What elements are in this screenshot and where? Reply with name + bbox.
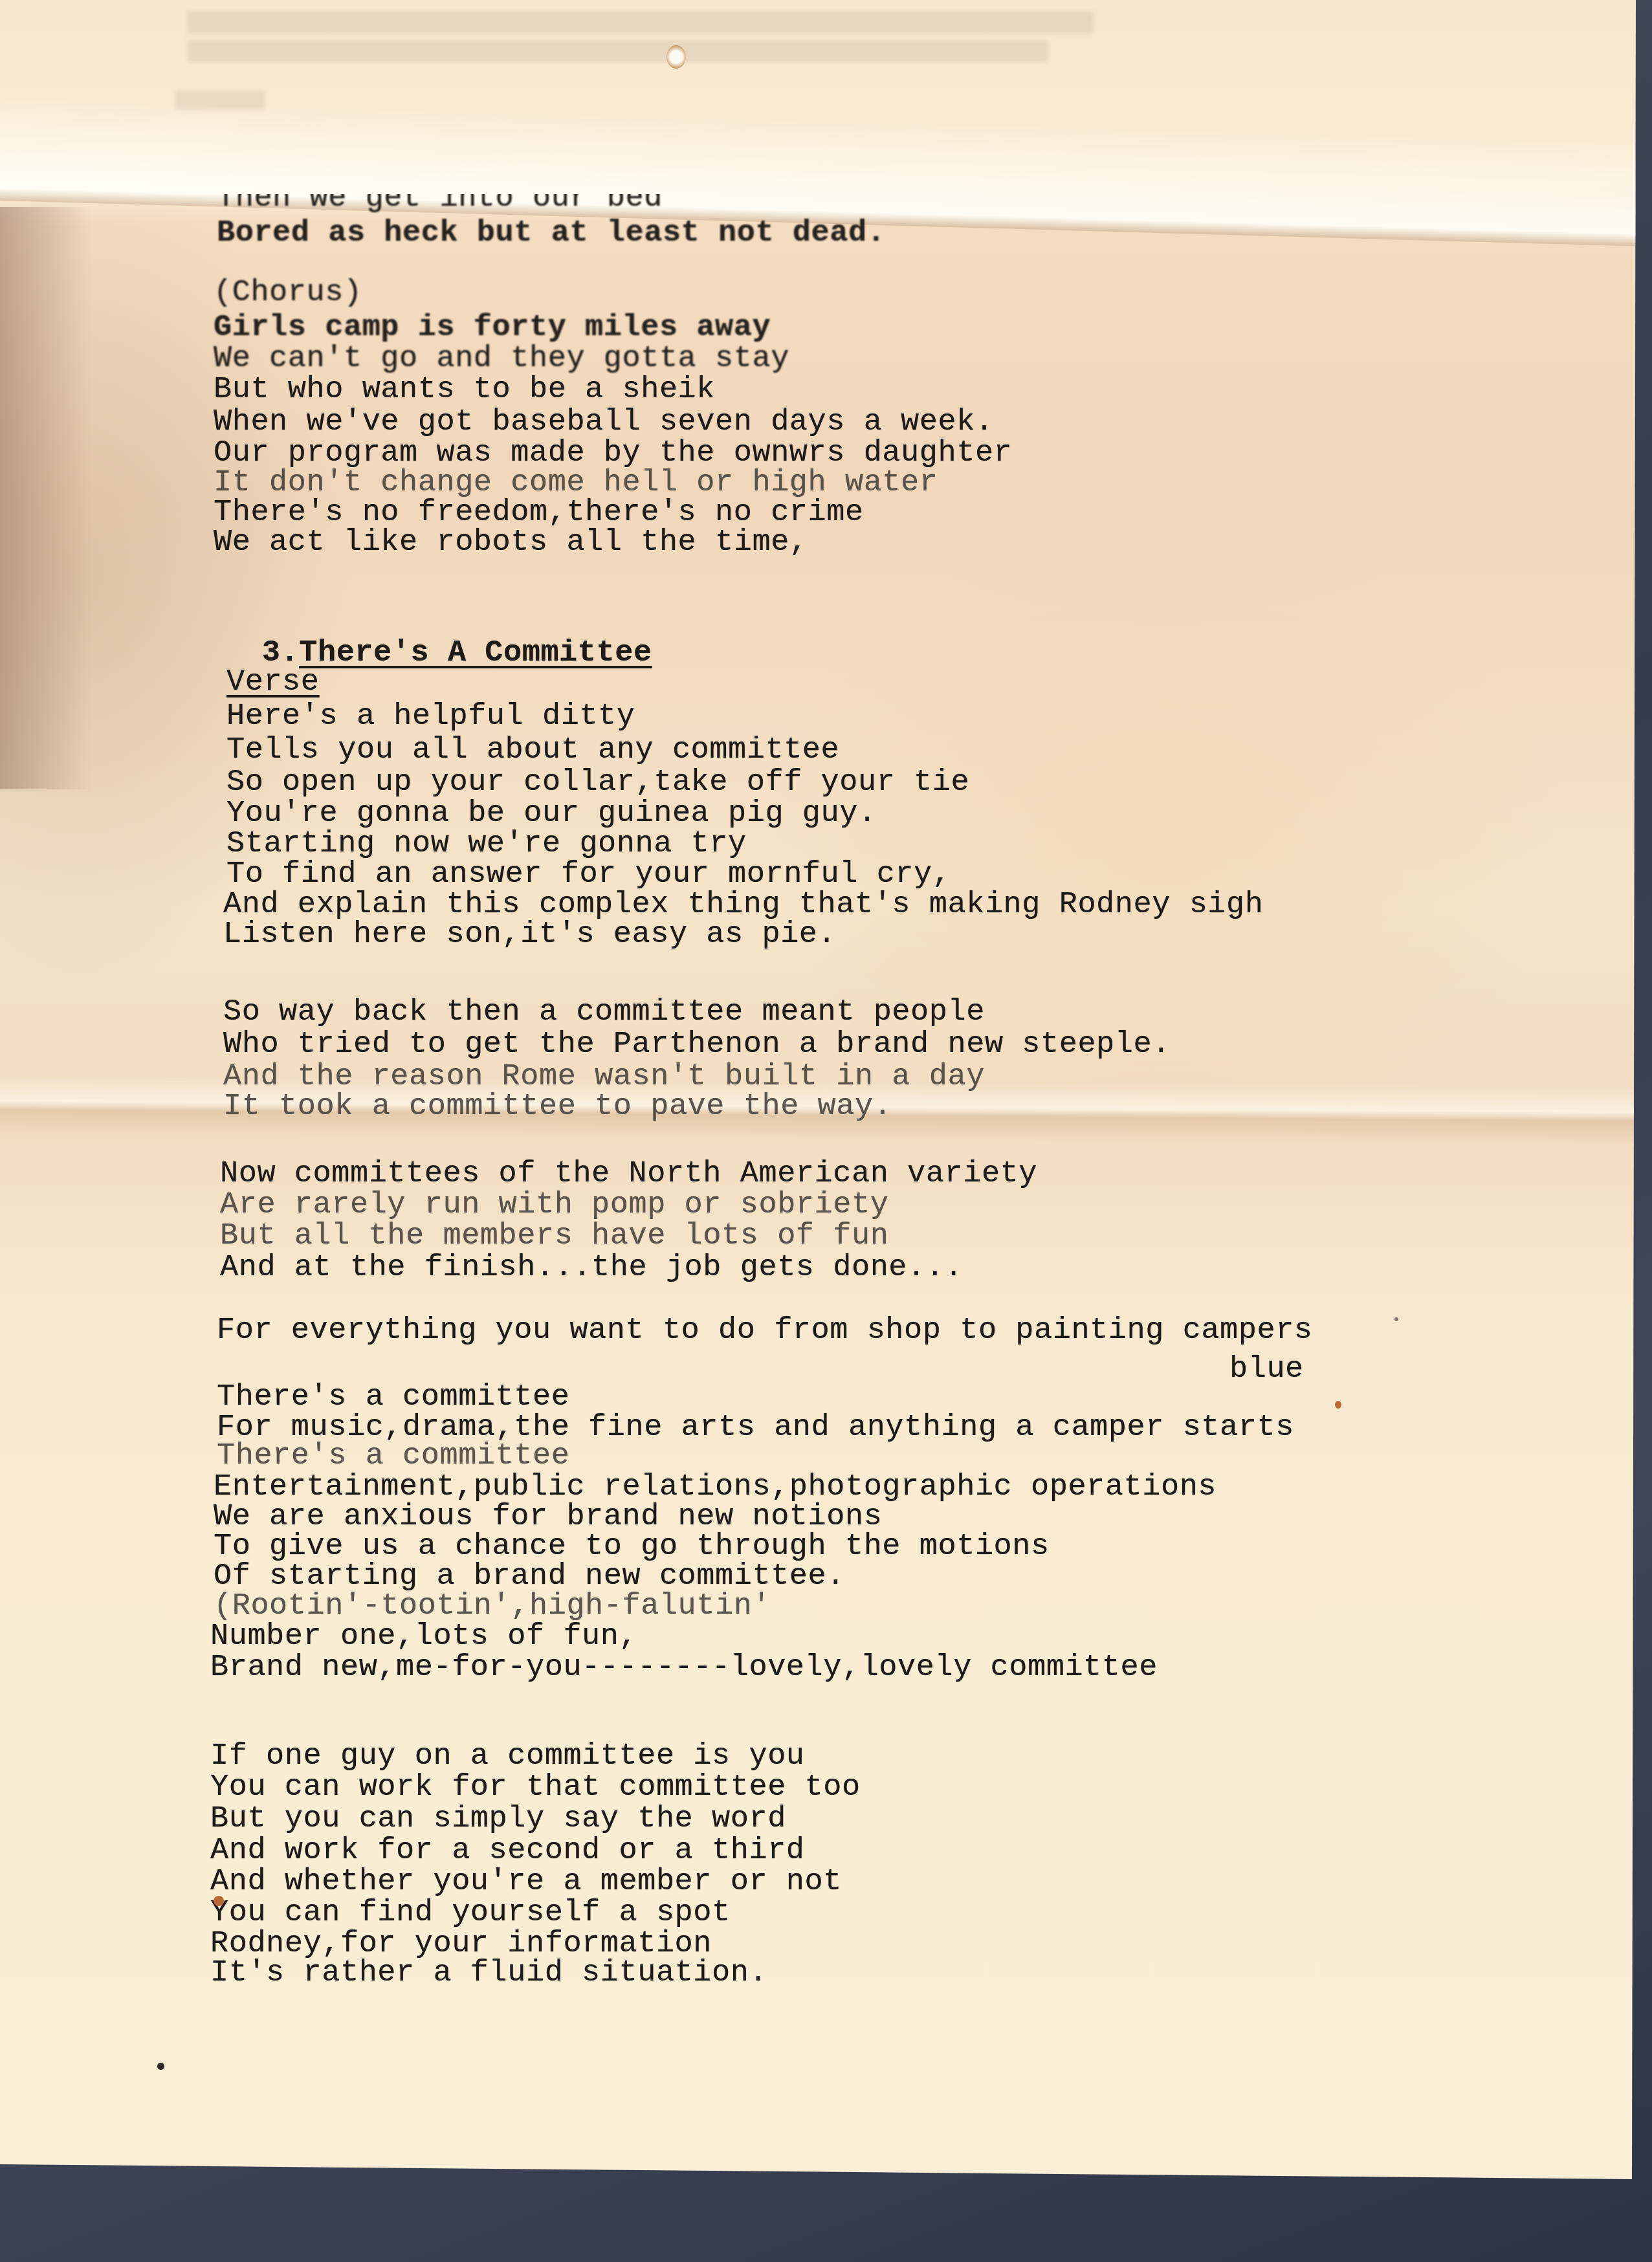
lyric-line: It's rather a fluid situation.: [210, 1957, 767, 1990]
lyric-line: Entertainment,public relations,photograp…: [214, 1471, 1217, 1504]
lyric-line: Of starting a brand new committee.: [214, 1561, 845, 1593]
lyric-line: You can work for that committee too: [210, 1772, 861, 1804]
verse-label: Verse: [226, 666, 320, 699]
chorus-line: When we've got baseball seven days a wee…: [214, 406, 994, 439]
lyric-line: Bored as heck but at least not dead.: [217, 217, 885, 250]
chorus-line: Girls camp is forty miles away: [214, 312, 771, 344]
chorus-label: (Chorus): [214, 277, 362, 309]
chorus-line: It don't change come hell or high water: [214, 467, 938, 500]
verse-line: Tells you all about any committee: [226, 734, 839, 767]
lyric-line: Brand new,me-for-you--------lovely,lovel…: [210, 1652, 1158, 1684]
paper-hole: [666, 45, 686, 69]
chorus-line: But who wants to be a sheik: [214, 374, 715, 406]
lyric-line: You can find yourself a spot: [210, 1897, 731, 1929]
lyric-line: But you can simply say the word: [210, 1803, 786, 1836]
lyric-line: And whether you're a member or not: [210, 1866, 842, 1898]
lyric-line: There's a committee: [217, 1440, 569, 1473]
chorus-line: Our program was made by the ownwrs daugh…: [214, 437, 1012, 470]
lyric-line: But all the members have lots of fun: [220, 1220, 888, 1253]
lyric-line: It took a committee to pave the way.: [223, 1091, 892, 1123]
ink-speck: [1394, 1317, 1398, 1321]
song-title: There's A Committee: [299, 636, 652, 670]
verse-line: And explain this complex thing that's ma…: [223, 889, 1263, 921]
lyric-line-wrap: blue: [1229, 1354, 1304, 1386]
lyric-line: We are anxious for brand new notions: [214, 1501, 882, 1533]
bleed-through-text: [188, 12, 1094, 34]
chorus-line: There's no freedom,there's no crime: [214, 497, 864, 529]
rust-spot: [1335, 1401, 1341, 1409]
verse-line: So open up your collar,take off your tie: [226, 767, 969, 799]
lyric-line: And the reason Rome wasn't built in a da…: [223, 1061, 985, 1093]
verse-line: Starting now we're gonna try: [226, 828, 747, 861]
verse-line: Listen here son,it's easy as pie.: [223, 919, 836, 951]
verse-line: You're gonna be our guinea pig guy.: [226, 798, 877, 830]
lyric-line: Number one,lots of fun,: [210, 1621, 637, 1653]
lyric-line: And work for a second or a third: [210, 1835, 805, 1867]
chorus-line: We can't go and they gotta stay: [214, 343, 789, 375]
lyric-line: Who tried to get the Parthenon a brand n…: [223, 1029, 1171, 1061]
lyric-line: So way back then a committee meant peopl…: [223, 996, 985, 1029]
bleed-through-text: [188, 40, 1048, 62]
lyric-line: And at the finish...the job gets done...: [220, 1252, 963, 1284]
paper-sheet: Then we get into our bed Bored as heck b…: [0, 0, 1636, 2262]
lyric-line: If one guy on a committee is you: [210, 1740, 805, 1773]
lyric-line: For everything you want to do from shop …: [217, 1315, 1313, 1347]
ink-speck: [157, 2063, 164, 2070]
lyric-line: Are rarely run with pomp or sobriety: [220, 1189, 888, 1222]
lyric-line: There's a committee: [217, 1381, 569, 1414]
lyric-line: To give us a chance to go through the mo…: [214, 1531, 1050, 1563]
verse-line: Here's a helpful ditty: [226, 701, 635, 733]
paper-shadow: [0, 207, 91, 789]
rust-spot: [214, 1896, 224, 1906]
chorus-line: We act like robots all the time,: [214, 527, 808, 559]
lyric-line: Now committees of the North American var…: [220, 1158, 1037, 1191]
verse-line: To find an answer for your mornful cry,: [226, 859, 951, 891]
lyric-line: (Rootin'-tootin',high-falutin': [214, 1590, 771, 1623]
